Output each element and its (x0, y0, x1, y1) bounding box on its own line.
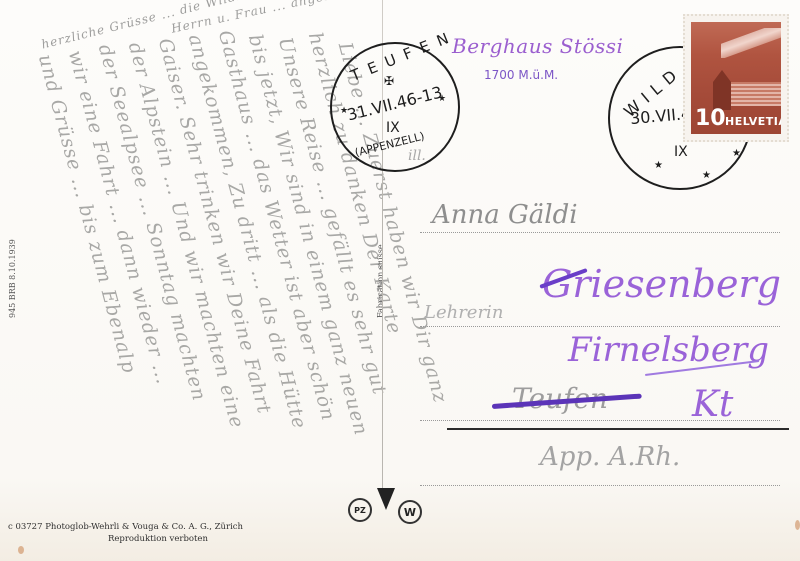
postmark-date: 31.VII.46-13 (345, 82, 444, 124)
recipient-name: Anna Gäldi (432, 200, 578, 230)
fabrication-label: Fabrication suisse (376, 244, 385, 318)
mountain-illustration (721, 28, 781, 58)
print-code-vertical: 945 BRB 8.10.1939 (8, 239, 17, 318)
stamp-value: 10 (695, 106, 726, 131)
postmark-sub: IX (386, 120, 400, 136)
canton: App. A.Rh. (540, 442, 680, 472)
star-icon: ★ (340, 106, 348, 116)
forward-region: Kt (692, 384, 733, 425)
star-icon: ★ (702, 170, 711, 181)
postmark-sub: IX (674, 144, 688, 160)
pz-logo: PZ (348, 498, 372, 522)
pz-logo-text: PZ (354, 506, 366, 515)
recipient-title: Lehrerin (424, 302, 503, 323)
postmark-teufen: TEUFEN ✠ 31.VII.46-13 IX (APPENZELL) ★ ★ (330, 42, 460, 172)
address-underline (447, 428, 789, 430)
stain (795, 520, 800, 530)
reproduction-notice: Reproduktion verboten (0, 533, 340, 545)
v-triangle-logo (377, 488, 395, 510)
publisher-imprint: c 03727 Photoglob-Wehrli & Vouga & Co. A… (0, 521, 340, 545)
stamp-image: 10 HELVETIA (691, 22, 781, 134)
stamp-country: HELVETIA (725, 115, 781, 128)
annotation: ill. (408, 148, 426, 164)
hotel-stamp-altitude: 1700 M.ü.M. (484, 68, 558, 82)
address-line (420, 232, 780, 233)
center-divider (382, 150, 383, 495)
star-icon: ★ (732, 148, 741, 159)
star-icon: ★ (438, 94, 446, 104)
w-logo: W (398, 500, 422, 524)
address-line (420, 485, 780, 486)
postcard: herzliche Grüsse ... die Wildkanzel Herr… (0, 0, 800, 561)
star-icon: ★ (654, 160, 663, 171)
stain (18, 546, 24, 554)
publisher-line: c 03727 Photoglob-Wehrli & Vouga & Co. A… (0, 521, 340, 533)
handwritten-message: herzliche Grüsse ... die Wildkanzel Herr… (0, 0, 380, 560)
w-logo-text: W (404, 506, 416, 519)
forward-address-1: Griesenberg (542, 262, 781, 306)
postage-stamp: 10 HELVETIA (683, 14, 789, 142)
hotel-stamp-name: Berghaus Stössi (452, 34, 623, 58)
swiss-cross-icon: ✠ (384, 74, 394, 88)
address-line (420, 326, 780, 327)
